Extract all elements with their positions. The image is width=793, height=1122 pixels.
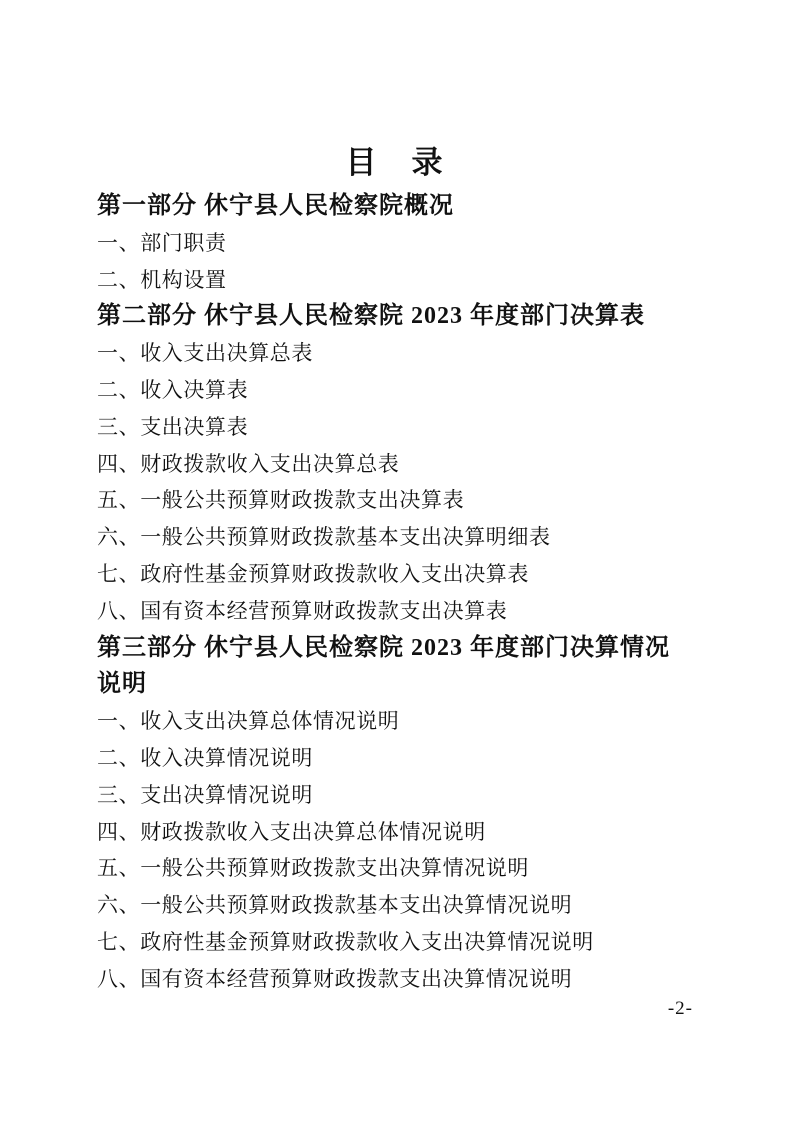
toc-item-2-6: 六、一般公共预算财政拨款基本支出决算明细表 <box>97 519 693 556</box>
toc-item-2-2: 二、收入决算表 <box>97 372 693 409</box>
section-2-heading: 第二部分 休宁县人民检察院 2023 年度部门决算表 <box>97 298 693 335</box>
toc-item-2-1: 一、收入支出决算总表 <box>97 335 693 372</box>
toc-item-2-8: 八、国有资本经营预算财政拨款支出决算表 <box>97 593 693 630</box>
toc-item-2-4: 四、财政拨款收入支出决算总表 <box>97 446 693 483</box>
toc-item-3-6: 六、一般公共预算财政拨款基本支出决算情况说明 <box>97 887 693 924</box>
section-1-heading: 第一部分 休宁县人民检察院概况 <box>97 188 693 225</box>
toc-content: 目 录 第一部分 休宁县人民检察院概况 一、部门职责 二、机构设置 第二部分 休… <box>97 138 693 1019</box>
toc-item-3-5: 五、一般公共预算财政拨款支出决算情况说明 <box>97 850 693 887</box>
toc-item-1-2: 二、机构设置 <box>97 262 693 299</box>
toc-item-3-8: 八、国有资本经营预算财政拨款支出决算情况说明 <box>97 961 693 998</box>
toc-item-3-4: 四、财政拨款收入支出决算总体情况说明 <box>97 814 693 851</box>
toc-item-2-5: 五、一般公共预算财政拨款支出决算表 <box>97 482 693 519</box>
section-3-heading: 第三部分 休宁县人民检察院 2023 年度部门决算情况说明 <box>97 630 693 704</box>
page-number: -2- <box>97 999 693 1019</box>
toc-item-3-3: 三、支出决算情况说明 <box>97 777 693 814</box>
toc-item-3-2: 二、收入决算情况说明 <box>97 740 693 777</box>
page-title: 目 录 <box>97 138 693 188</box>
toc-item-3-1: 一、收入支出决算总体情况说明 <box>97 703 693 740</box>
document-page: 目 录 第一部分 休宁县人民检察院概况 一、部门职责 二、机构设置 第二部分 休… <box>0 0 793 1122</box>
toc-item-3-7: 七、政府性基金预算财政拨款收入支出决算情况说明 <box>97 924 693 961</box>
toc-item-1-1: 一、部门职责 <box>97 225 693 262</box>
toc-item-2-7: 七、政府性基金预算财政拨款收入支出决算表 <box>97 556 693 593</box>
toc-item-2-3: 三、支出决算表 <box>97 409 693 446</box>
